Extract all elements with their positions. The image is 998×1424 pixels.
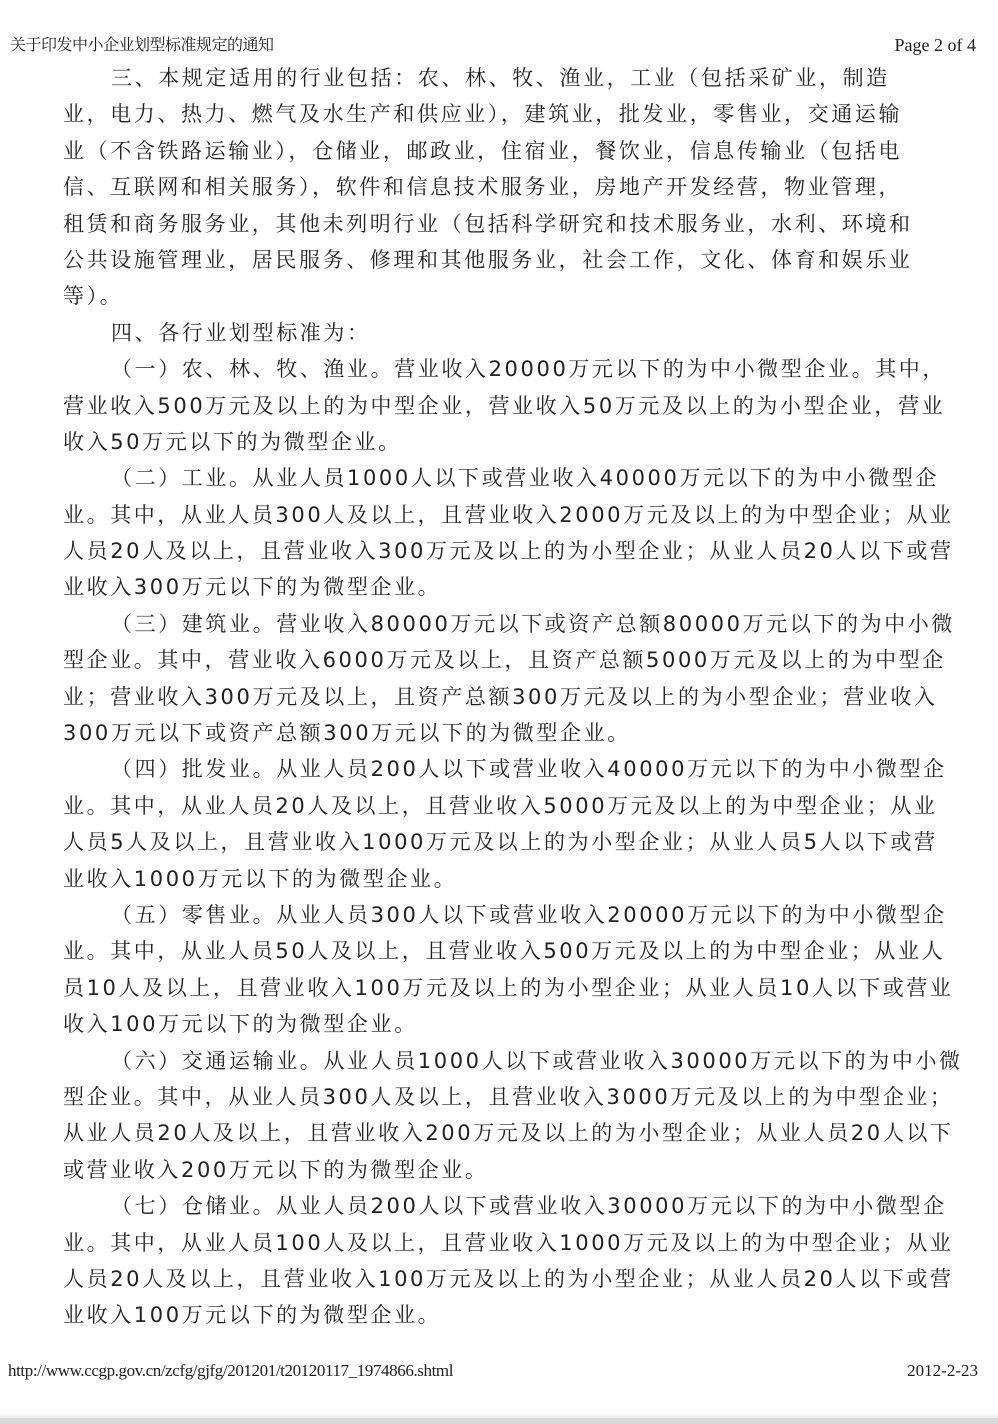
- text-line: （四）批发业。从业人员200人以下或营业收入40000万元以下的为中小微型企: [63, 751, 893, 787]
- document-title: 关于印发中小企业划型标准规定的通知: [10, 33, 274, 57]
- document-page: 关于印发中小企业划型标准规定的通知 Page 2 of 4 三、本规定适用的行业…: [0, 0, 998, 1418]
- section-heading: 四、各行业划型标准为：: [63, 315, 893, 351]
- text-line: 型企业。其中，营业收入6000万元及以上，且资产总额5000万元及以上的为中型企: [63, 642, 893, 678]
- text-line: 业。其中，从业人员50人及以上，且营业收入500万元及以上的为中型企业；从业人: [63, 933, 893, 969]
- text-line: 收入50万元以下的为微型企业。: [63, 424, 893, 460]
- text-line: 型企业。其中，从业人员300人及以上，且营业收入3000万元及以上的为中型企业；: [63, 1079, 893, 1115]
- text-line: 收入100万元以下的为微型企业。: [63, 1006, 893, 1042]
- source-url: http://www.ccgp.gov.cn/zcfg/gjfg/201201/…: [8, 1359, 453, 1383]
- text-line: 业收入300万元以下的为微型企业。: [63, 569, 893, 605]
- text-line: 等）。: [63, 278, 893, 314]
- text-line: 业；营业收入300万元及以上，且资产总额300万元及以上的为小型企业；营业收入: [63, 679, 893, 715]
- paragraph-item-1-agriculture: （一）农、林、牧、渔业。营业收入20000万元以下的为中小微型企业。其中， 营业…: [63, 351, 893, 460]
- paragraph-item-3-construction: （三）建筑业。营业收入80000万元以下或资产总额80000万元以下的为中小微 …: [63, 606, 893, 752]
- paragraph-item-7-warehousing: （七）仓储业。从业人员200人以下或营业收入30000万元以下的为中小微型企 业…: [63, 1188, 893, 1334]
- paragraph-article-3: 三、本规定适用的行业包括：农、林、牧、渔业，工业（包括采矿业，制造 业，电力、热…: [63, 60, 893, 315]
- paragraph-item-2-industry: （二）工业。从业人员1000人以下或营业收入40000万元以下的为中小微型企 业…: [63, 460, 893, 606]
- print-date: 2012-2-23: [907, 1359, 978, 1383]
- text-line: 业（不含铁路运输业），仓储业，邮政业，住宿业，餐饮业，信息传输业（包括电: [63, 133, 893, 169]
- text-line: 300万元以下或资产总额300万元以下的为微型企业。: [63, 715, 893, 751]
- document-body: 三、本规定适用的行业包括：农、林、牧、渔业，工业（包括采矿业，制造 业，电力、热…: [63, 60, 893, 1334]
- text-line: （七）仓储业。从业人员200人以下或营业收入30000万元以下的为中小微型企: [63, 1188, 893, 1224]
- text-line: 或营业收入200万元以下的为微型企业。: [63, 1152, 893, 1188]
- paragraph-item-4-wholesale: （四）批发业。从业人员200人以下或营业收入40000万元以下的为中小微型企 业…: [63, 751, 893, 897]
- text-line: 业。其中，从业人员300人及以上，且营业收入2000万元及以上的为中型企业；从业: [63, 497, 893, 533]
- text-line: 人员20人及以上，且营业收入100万元及以上的为小型企业；从业人员20人以下或营: [63, 1261, 893, 1297]
- paragraph-article-4: 四、各行业划型标准为：: [63, 315, 893, 351]
- text-line: 业收入100万元以下的为微型企业。: [63, 1297, 893, 1333]
- text-line: （一）农、林、牧、渔业。营业收入20000万元以下的为中小微型企业。其中，: [63, 351, 893, 387]
- text-line: 营业收入500万元及以上的为中型企业，营业收入50万元及以上的为小型企业，营业: [63, 388, 893, 424]
- text-line: 业，电力、热力、燃气及水生产和供应业），建筑业，批发业，零售业，交通运输: [63, 96, 893, 132]
- text-line: 从业人员20人及以上，且营业收入200万元及以上的为小型企业；从业人员20人以下: [63, 1115, 893, 1151]
- text-line: 业。其中，从业人员100人及以上，且营业收入1000万元及以上的为中型企业；从业: [63, 1225, 893, 1261]
- running-header: 关于印发中小企业划型标准规定的通知 Page 2 of 4: [10, 33, 976, 57]
- text-line: 业。其中，从业人员20人及以上，且营业收入5000万元及以上的为中型企业；从业: [63, 788, 893, 824]
- paragraph-item-6-transport: （六）交通运输业。从业人员1000人以下或营业收入30000万元以下的为中小微 …: [63, 1043, 893, 1189]
- text-line: （五）零售业。从业人员300人以下或营业收入20000万元以下的为中小微型企: [63, 897, 893, 933]
- text-line: （二）工业。从业人员1000人以下或营业收入40000万元以下的为中小微型企: [63, 460, 893, 496]
- text-line: （三）建筑业。营业收入80000万元以下或资产总额80000万元以下的为中小微: [63, 606, 893, 642]
- text-line: 租赁和商务服务业，其他未列明行业（包括科学研究和技术服务业，水利、环境和: [63, 206, 893, 242]
- text-line: 人员20人及以上，且营业收入300万元及以上的为小型企业；从业人员20人以下或营: [63, 533, 893, 569]
- paragraph-item-5-retail: （五）零售业。从业人员300人以下或营业收入20000万元以下的为中小微型企 业…: [63, 897, 893, 1043]
- text-line: （六）交通运输业。从业人员1000人以下或营业收入30000万元以下的为中小微: [63, 1043, 893, 1079]
- text-line: 人员5人及以上，且营业收入1000万元及以上的为小型企业；从业人员5人以下或营: [63, 824, 893, 860]
- running-footer: http://www.ccgp.gov.cn/zcfg/gjfg/201201/…: [8, 1359, 978, 1383]
- text-line: 三、本规定适用的行业包括：农、林、牧、渔业，工业（包括采矿业，制造: [63, 60, 893, 96]
- page-indicator: Page 2 of 4: [895, 33, 976, 57]
- text-line: 业收入1000万元以下的为微型企业。: [63, 861, 893, 897]
- text-line: 公共设施管理业，居民服务、修理和其他服务业，社会工作，文化、体育和娱乐业: [63, 242, 893, 278]
- text-line: 信、互联网和相关服务），软件和信息技术服务业，房地产开发经营，物业管理，: [63, 169, 893, 205]
- text-line: 员10人及以上，且营业收入100万元及以上的为小型企业；从业人员10人以下或营业: [63, 970, 893, 1006]
